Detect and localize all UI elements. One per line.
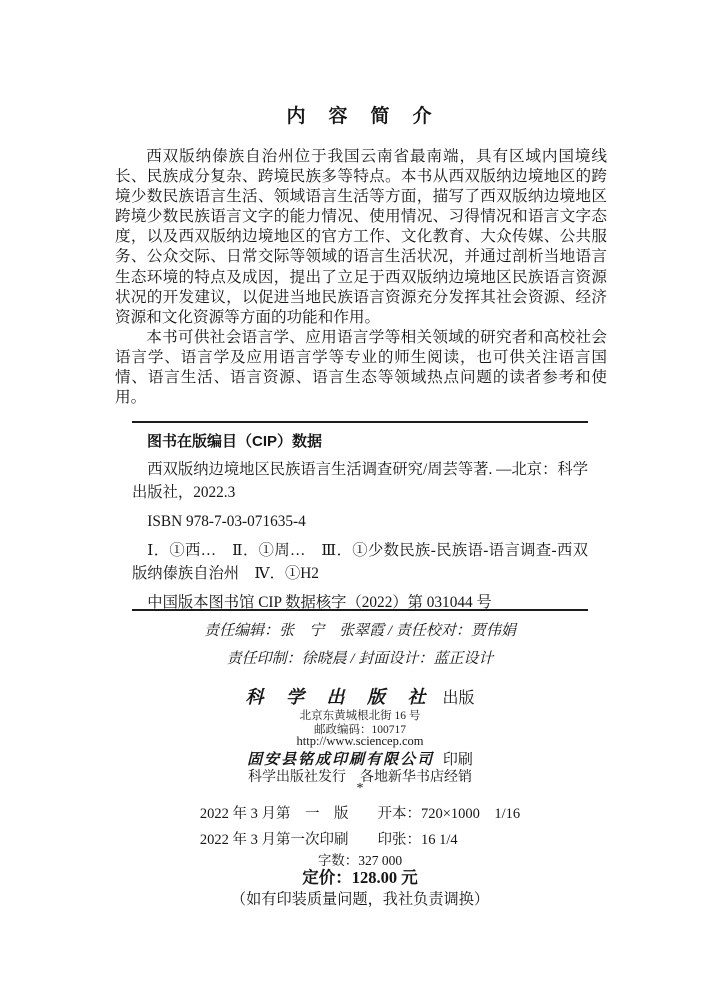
intro-paragraph-2: 本书可供社会语言学、应用语言学等相关领域的研究者和高校社会语言学、语言学及应用语… <box>115 328 607 408</box>
cip-data-box: 图书在版编目（CIP）数据 西双版纳边境地区民族语言生活调查研究/周芸等著. —… <box>132 421 588 611</box>
cip-isbn: ISBN 978-7-03-071635-4 <box>132 510 588 533</box>
publisher-imprint-line: 科 学 出 版 社 出版 <box>0 683 720 709</box>
price-line: 定价：128.00 元 <box>0 864 720 888</box>
edition-lines: 2022 年 3 月第 一 版 开本：720×1000 1/16 2022 年 … <box>200 801 520 853</box>
cip-classification: Ⅰ．①西… Ⅱ．①周… Ⅲ．①少数民族-民族语-语言调查-西双版纳傣族自治州 Ⅳ… <box>132 539 588 585</box>
separator-asterisk: * <box>0 781 720 797</box>
quality-notice-line: （如有印装质量问题，我社负责调换） <box>0 888 720 909</box>
credits-editors-line: 责任编辑：张 宁 张翠霞 / 责任校对：贾伟娟 <box>0 617 720 645</box>
page-title: 内 容 简 介 <box>0 101 720 128</box>
intro-paragraph-1: 西双版纳傣族自治州位于我国云南省最南端，具有区域内国境线长、民族成分复杂、跨境民… <box>115 147 607 328</box>
credits-print-design-line: 责任印制：徐晓晨 / 封面设计：蓝正设计 <box>0 645 720 673</box>
intro-section: 西双版纳傣族自治州位于我国云南省最南端，具有区域内国境线长、民族成分复杂、跨境民… <box>115 147 607 408</box>
publisher-name: 科 学 出 版 社 <box>245 687 434 707</box>
book-copyright-page: 内 容 简 介 西双版纳傣族自治州位于我国云南省最南端，具有区域内国境线长、民族… <box>0 0 720 1000</box>
publish-label: 出版 <box>442 690 474 707</box>
publisher-website: http://www.sciencep.com <box>0 734 720 749</box>
edition-section: 2022 年 3 月第 一 版 开本：720×1000 1/16 2022 年 … <box>0 801 720 853</box>
cip-heading: 图书在版编目（CIP）数据 <box>132 432 588 452</box>
credits-section: 责任编辑：张 宁 张翠霞 / 责任校对：贾伟娟 责任印制：徐晓晨 / 封面设计：… <box>0 617 720 673</box>
edition-line: 2022 年 3 月第 一 版 开本：720×1000 1/16 <box>200 801 520 827</box>
cip-record-number: 中国版本图书馆 CIP 数据核字（2022）第 031044 号 <box>132 591 588 614</box>
cip-title-entry: 西双版纳边境地区民族语言生活调查研究/周芸等著. —北京：科学出版社，2022.… <box>132 458 588 504</box>
